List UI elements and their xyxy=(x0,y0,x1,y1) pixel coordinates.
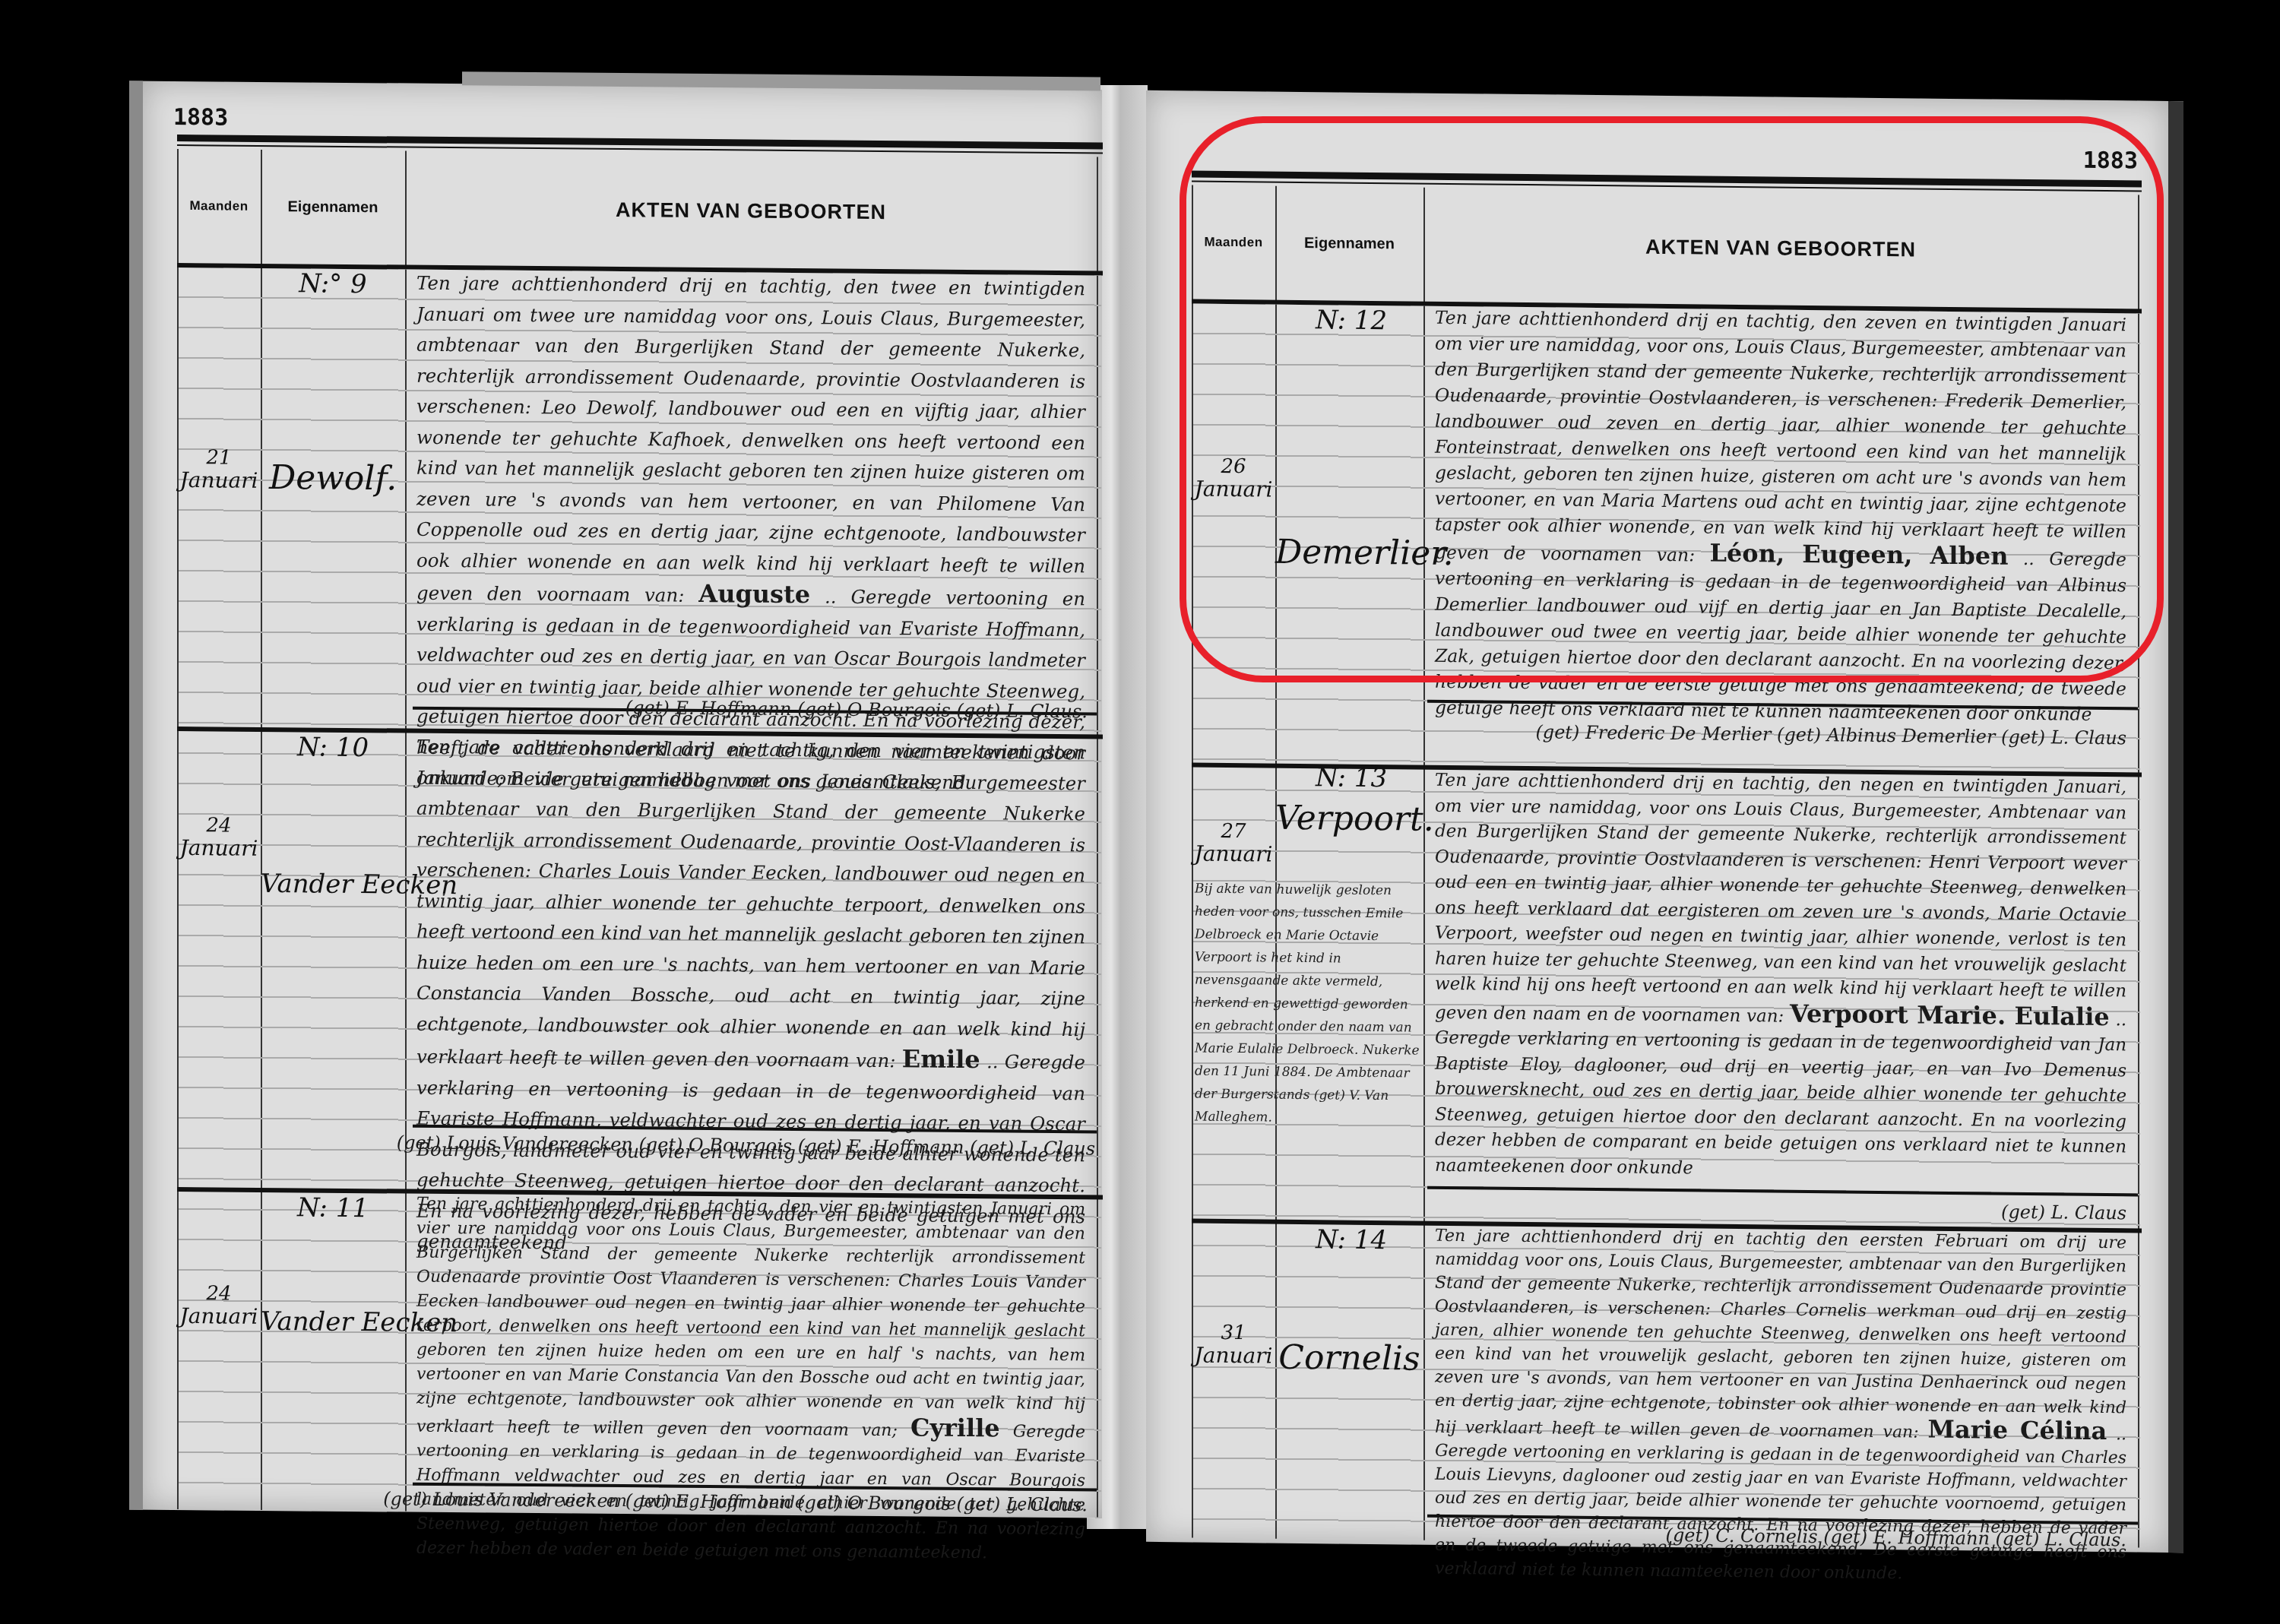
given-name: Cyrille xyxy=(910,1413,1000,1442)
header-names: Eigennamen xyxy=(261,150,405,265)
page-edge xyxy=(462,71,1100,90)
signatures: (get) L. Claus xyxy=(2001,1201,2126,1224)
record-date: 27 Januari xyxy=(1192,820,1275,866)
given-name: Auguste xyxy=(698,579,810,609)
given-name: Léon, Eugeen, Alben xyxy=(1710,539,2009,571)
signatures: (get) E. Hoffmann (get) O Bourgois (get)… xyxy=(625,697,1088,722)
register-table: Maanden Eigennamen AKTEN VAN GEBOORTEN N… xyxy=(1192,170,2142,1547)
surname: Demerlier. xyxy=(1275,533,1423,573)
birth-record-14: N: 14 31 Januari Cornelis Ten jare achtt… xyxy=(1192,1223,2142,1552)
surname: Cornelis xyxy=(1275,1338,1423,1379)
header-title: AKTEN VAN GEBOORTEN xyxy=(1423,188,2138,309)
surname: Dewolf. xyxy=(261,458,405,499)
header-months: Maanden xyxy=(1192,185,1275,299)
margin-annotation: Bij akte van huwelijk gesloten heden voo… xyxy=(1195,878,1421,1131)
record-date: 31 Januari xyxy=(1192,1322,1275,1368)
surname: Vander Eecken xyxy=(261,869,405,901)
given-name: Emile xyxy=(902,1044,980,1074)
act-number: N: 11 xyxy=(276,1192,390,1224)
surname: Vander Eecken xyxy=(261,1306,405,1338)
signature-rule xyxy=(1427,1186,2138,1197)
record-date: 24 Januari xyxy=(177,1283,261,1328)
record-text: Ten jare achttienhonderd drij en tachtig… xyxy=(1435,768,2126,1186)
right-page: 1883 Maanden Eigennamen AKTEN VAN GEBOOR… xyxy=(1146,90,2183,1553)
birth-record-12: N: 12 26 Januari Demerlier. Ten jare ach… xyxy=(1192,303,2142,769)
birth-record-9: N:° 9 21 Januari Dewolf. Ten jare achtti… xyxy=(177,268,1103,732)
left-page: 1883 Maanden Eigennamen AKTEN VAN GEBOOR… xyxy=(129,81,1102,1518)
header-title: AKTEN VAN GEBOORTEN xyxy=(405,151,1097,271)
page-year: 1883 xyxy=(2083,147,2138,175)
record-text: Ten jare achttienhonderd drij en tachtig… xyxy=(416,732,1085,1263)
given-name: Marie Célina xyxy=(1927,1415,2107,1445)
act-number: N: 14 xyxy=(1294,1224,1408,1256)
act-number: N:° 9 xyxy=(276,268,390,299)
record-date: 21 Januari xyxy=(177,447,261,492)
record-date: 24 Januari xyxy=(177,815,261,860)
header-months: Maanden xyxy=(177,149,261,264)
birth-record-11: N: 11 24 Januari Vander Eecken Ten jare … xyxy=(177,1192,1103,1519)
register-table: Maanden Eigennamen AKTEN VAN GEBOORTEN N… xyxy=(177,135,1103,1518)
act-number: N: 12 xyxy=(1294,305,1408,337)
surname: Verpoort. xyxy=(1275,799,1423,839)
birth-record-10: N: 10 24 Januari Vander Eecken Ten jare … xyxy=(177,731,1103,1195)
act-number: N: 13 xyxy=(1294,762,1408,794)
act-number: N: 10 xyxy=(276,732,390,763)
header-names: Eigennamen xyxy=(1275,186,1423,302)
birth-record-13: N: 13 27 Januari Verpoort. Bij akte van … xyxy=(1192,767,2142,1202)
record-text: Ten jare achttienhonderd drij en tachtig… xyxy=(1435,305,2126,728)
record-date: 26 Januari xyxy=(1192,455,1275,502)
page-year: 1883 xyxy=(173,104,228,131)
given-name: Verpoort Marie. Eulalie xyxy=(1790,999,2110,1030)
table-header: Maanden Eigennamen AKTEN VAN GEBOORTEN xyxy=(1192,185,2142,313)
table-header: Maanden Eigennamen AKTEN VAN GEBOORTEN xyxy=(177,149,1103,276)
